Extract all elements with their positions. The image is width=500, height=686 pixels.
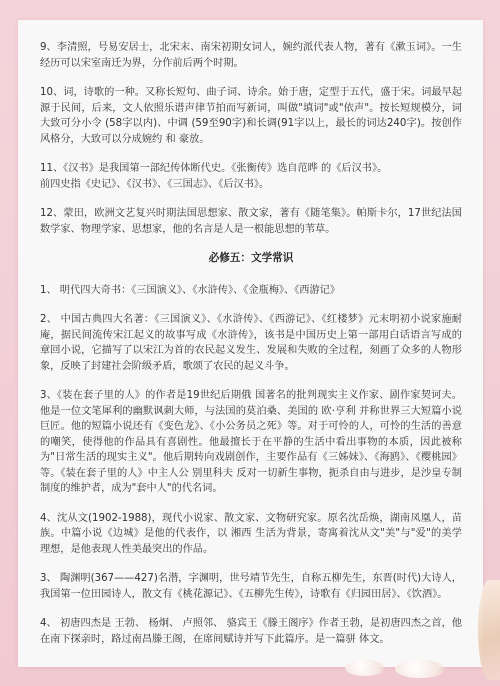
paragraph-11-line-1: 11、《汉书》是我国第一部纪传体断代史。《张衡传》选自范晔 的《后汉书》。	[40, 163, 387, 174]
section-heading: 必修五：文学常识	[40, 251, 462, 267]
petal-decoration-icon	[345, 660, 385, 676]
section-item-1: 1、 明代四大奇书：《三国演义》、《水浒传》、《金瓶梅》、《西游记》	[40, 283, 462, 299]
petal-decoration-icon	[395, 660, 445, 678]
section-item-4: 4、沈从文(1902-1988)，现代小说家、散文家、文物研究家。原名沈岳焕，湖…	[40, 511, 462, 558]
section-item-2: 2、 中国古典四大名著：《三国演义》、《水浒传》、《西游记》、《红楼梦》元末明初…	[40, 312, 462, 374]
section-item-3: 3、《装在套子里的人》的作者是19世纪后期俄 国著名的批判现实主义作家、剧作家契…	[40, 388, 462, 497]
flower-decoration-icon	[478, 580, 500, 680]
document-card: 9、李清照，号易安居士，北宋末、南宋初期女词人，婉约派代表人物，著有《漱玉词》。…	[18, 20, 483, 667]
paragraph-11: 11、《汉书》是我国第一部纪传体断代史。《张衡传》选自范晔 的《后汉书》。 前四…	[40, 161, 462, 192]
paragraph-12: 12、蒙田，欧洲文艺复兴时期法国思想家、散文家，著有《随笔集》。帕斯卡尔，17世…	[40, 206, 462, 237]
section-item-6: 4、 初唐四杰是 王勃、 杨炯、 卢照邻、 骆宾王《滕王阁序》作者王勃，是初唐四…	[40, 616, 462, 647]
paragraph-9: 9、李清照，号易安居士，北宋末、南宋初期女词人，婉约派代表人物，著有《漱玉词》。…	[40, 40, 462, 71]
paragraph-10: 10、词，诗歌的一种。又称长短句、曲子词、诗余。始于唐，定型于五代，盛于宋。词最…	[40, 85, 462, 147]
paragraph-11-line-2: 前四史指《史记》、《汉书》、《三国志》、《后汉书》。	[40, 179, 269, 190]
document-content: 9、李清照，号易安居士，北宋末、南宋初期女词人，婉约派代表人物，著有《漱玉词》。…	[40, 40, 462, 661]
section-item-5: 3、 陶渊明(367——427)名潜，字渊明，世号靖节先生，自称五柳先生，东晋(…	[40, 571, 462, 602]
